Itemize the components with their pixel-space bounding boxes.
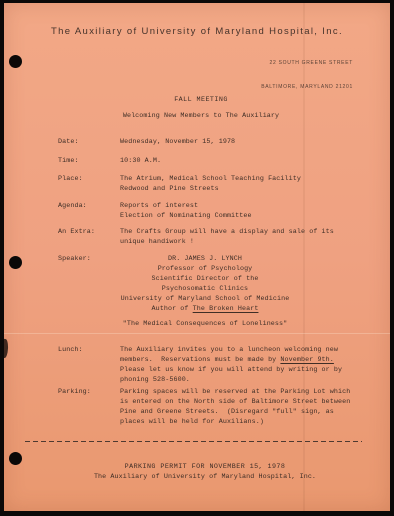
detail-value: 10:30 A.M. [120, 156, 161, 166]
detail-label: Time: [58, 156, 120, 166]
parking-row: Parking: Parking spaces will be reserved… [58, 387, 350, 427]
detail-label: Place: [58, 174, 120, 184]
address-line: 22 SOUTH GREENE STREET [261, 59, 353, 67]
talk-title: "The Medical Consequences of Loneliness" [120, 319, 290, 329]
detail-row-agenda: Agenda: Reports of interest Election of … [58, 201, 252, 221]
paper-page: The Auxiliary of University of Maryland … [4, 3, 390, 511]
detail-label: Agenda: [58, 201, 120, 211]
detail-value: The Atrium, Medical School Teaching Faci… [120, 174, 301, 184]
detail-label: Date: [58, 137, 120, 147]
lunch-deadline: November 9th. [280, 356, 333, 364]
detail-label: Parking: [58, 387, 120, 397]
meeting-title-text: FALL MEETING [12, 95, 390, 105]
detail-value: Reports of interest [120, 201, 252, 211]
tear-off-dashed-line [25, 441, 362, 442]
talk-title-block: "The Medical Consequences of Loneliness" [120, 319, 290, 329]
detail-label: Speaker: [58, 254, 120, 264]
lunch-row: Lunch: The Auxiliary invites you to a lu… [58, 345, 342, 385]
detail-row-extra: An Extra: The Crafts Group will have a d… [58, 227, 334, 247]
detail-row-time: Time: 10:30 A.M. [58, 156, 161, 166]
address-line: BALTIMORE, MARYLAND 21201 [261, 83, 353, 91]
lunch-line2-pre: members. Reservations must be made by [120, 356, 280, 364]
parking-line: is entered on the North side of Baltimor… [120, 397, 350, 407]
speaker-credential: Professor of Psychology [120, 264, 290, 274]
speaker-block: DR. JAMES J. LYNCH Professor of Psycholo… [120, 254, 290, 314]
detail-value: Election of Nominating Committee [120, 211, 252, 221]
speaker-author-line: Author of The Broken Heart [120, 304, 290, 314]
lunch-line: members. Reservations must be made by No… [120, 355, 342, 365]
lunch-line: The Auxiliary invites you to a luncheon … [120, 345, 342, 355]
detail-value: Wednesday, November 15, 1978 [120, 137, 235, 147]
lunch-line: Please let us know if you will attend by… [120, 365, 342, 375]
author-prefix: Author of [152, 305, 193, 313]
detail-value: unique handiwork ! [120, 237, 334, 247]
permit-title: PARKING PERMIT FOR NOVEMBER 15, 1978 [20, 462, 390, 472]
horizontal-fold-crease [4, 333, 390, 334]
parking-line: Pine and Greene Streets. (Disregard "ful… [120, 407, 350, 417]
speaker-label-row: Speaker: [58, 254, 120, 264]
hole-punch [9, 55, 22, 68]
permit-org: The Auxiliary of University of Maryland … [20, 472, 390, 482]
meeting-subtitle-text: Welcoming New Members to The Auxiliary [12, 111, 390, 121]
detail-row-date: Date: Wednesday, November 15, 1978 [58, 137, 235, 147]
detail-value: Redwood and Pine Streets [120, 184, 301, 194]
parking-line: places will be held for Auxilians.) [120, 417, 350, 427]
speaker-credential: Psychosomatic Clinics [120, 284, 290, 294]
detail-value: The Crafts Group will have a display and… [120, 227, 334, 237]
edge-tear-mark [4, 339, 8, 358]
detail-label: An Extra: [58, 227, 120, 237]
book-title: The Broken Heart [193, 305, 259, 313]
parking-permit-block: PARKING PERMIT FOR NOVEMBER 15, 1978 The… [20, 462, 390, 482]
hole-punch [9, 256, 22, 269]
speaker-credential: Scientific Director of the [120, 274, 290, 284]
letterhead-title: The Auxiliary of University of Maryland … [4, 26, 390, 37]
meeting-title: FALL MEETING [12, 95, 390, 105]
speaker-name: DR. JAMES J. LYNCH [120, 254, 290, 264]
parking-line: Parking spaces will be reserved at the P… [120, 387, 350, 397]
scanned-document: { "colors": { "paper": "#efa181", "ink":… [0, 0, 394, 516]
detail-row-place: Place: The Atrium, Medical School Teachi… [58, 174, 301, 194]
lunch-line: phoning 528-5600. [120, 375, 342, 385]
detail-label: Lunch: [58, 345, 120, 355]
meeting-subtitle: Welcoming New Members to The Auxiliary [12, 111, 390, 121]
speaker-credential: University of Maryland School of Medicin… [120, 294, 290, 304]
